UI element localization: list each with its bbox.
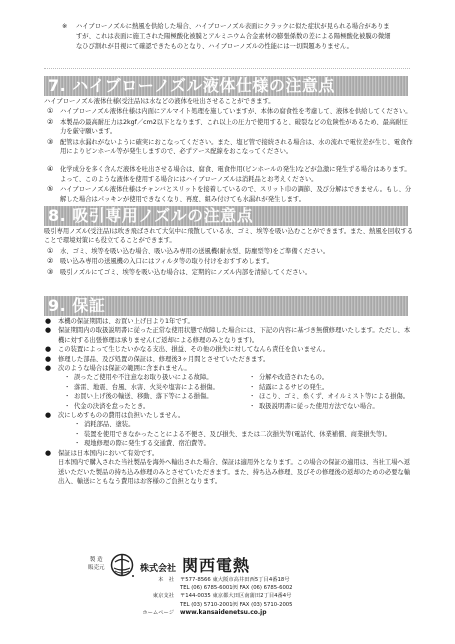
warranty-item: ●次のような場合は保証の範囲に含まれません。 <box>44 364 414 373</box>
list-item: ③吸引ノズルにてゴミ、埃等を吸い込む場合は、定期的にノズル内部を清掃してください… <box>44 268 414 277</box>
warranty-item: ●次にしめすものの費用は負担いたしません。 <box>44 411 414 420</box>
warranty-item: ●修理した部品、及び処置の保証は、修理後3ヶ月間とさせていただきます。 <box>44 355 414 364</box>
maker-label: 製 造 販売元 <box>88 556 105 572</box>
cost-item: ・装置を使用できなかったことによる不便さ、及び損失、または二次損失等(電話代、休… <box>44 430 414 439</box>
list-item: ⑤ハイブローノズル液体仕様はチャンバとスリットを接着しているので、スリット巾の調… <box>44 185 414 204</box>
section-8-intro: 吸引専用ノズル(受注品)は吹き飛ばされて大気中に飛散している水、ゴミ、埃等を吸い… <box>44 227 414 246</box>
divider <box>44 68 410 69</box>
note-mark: ※ <box>62 22 67 32</box>
cost-item: ・現地修理の際に発生する交通費、宿泊費等。 <box>44 439 414 448</box>
section-8-body: 吸引専用ノズル(受注品)は吹き飛ばされて大気中に飛散している水、ゴミ、埃等を吸い… <box>44 227 414 277</box>
warranty-item: ●保証は日本国内において有効です。 <box>44 449 414 458</box>
company-logo-icon <box>110 553 134 579</box>
section-8-heading: 8. 吸引専用ノズルの注意点 <box>44 206 408 226</box>
list-item: ④化学成分を多く含んだ液体を吐出させる場合は、腐食、電食作用(ピンホールの発生)… <box>44 165 414 184</box>
note-text: ハイブローノズルに熱風を供給した場合、ハイブローノズル表面にクラックに似た症状が… <box>76 22 392 52</box>
company-addresses: 本 社〒577-8566 東大阪市高井田西5丁目4番18号 TEL (06) 6… <box>140 576 293 617</box>
cost-item: ・消耗部品、塗装。 <box>44 420 414 429</box>
warranty-item: ●保証期間内の取扱説明書に従った正常な使用状態で故障した場合には、下記の内容に基… <box>44 326 414 345</box>
section-7-body: ハイブローノズル液体仕様(受注品)は水などの液体を吐出させることができます。 ①… <box>44 97 414 204</box>
exclusion-list: ・誤ったご使用や不注意なお取り扱いによる故障。 ・分解や改造されたもの。 ・落雷… <box>44 373 414 411</box>
heat-crack-note: ※ ハイブローノズルに熱風を供給した場合、ハイブローノズル表面にクラックに似た症… <box>62 22 392 52</box>
list-item: ③配管は水漏れがないように確実におこなってください。また、塩ビ管で接続される場合… <box>44 138 414 157</box>
section-7-intro: ハイブローノズル液体仕様(受注品)は水などの液体を吐出させることができます。 <box>44 97 414 106</box>
company-name: 株式会社関西電熱 <box>140 553 250 576</box>
list-item: ①ハイブローノズル液体仕様は内面にアルマイト処理を施していますが、本体の腐食性を… <box>44 107 414 116</box>
website-link[interactable]: www.kansaidenetsu.co.jp <box>180 609 267 616</box>
manual-page: ※ ハイブローノズルに熱風を供給した場合、ハイブローノズル表面にクラックに似た症… <box>0 0 455 644</box>
list-item: ②本製品の最高耐圧力は2kgf／cm2以下となります、これ以上の圧力で使用すると… <box>44 118 414 137</box>
section-9-body: ●本機の保証期間は、お買い上げ日より1年です。 ●保証期間内の取扱説明書に従った… <box>44 317 414 486</box>
warranty-item: ●この装置によって生じたいかなる支出、損益、その他の損失に対してなんら責任を負い… <box>44 345 414 354</box>
section-7-heading: 7. ハイブローノズル液体仕様の注意点 <box>44 76 408 96</box>
list-item: ②吸い込み専用の送風機の入口にはフィルタ等の取り付けをおすすめします。 <box>44 257 414 266</box>
list-item: ①水、ゴミ、埃等を吸い込む場合、吸い込み専用の送風機(耐水型、防塵型等)をご準備… <box>44 247 414 256</box>
warranty-item: ●本機の保証期間は、お買い上げ日より1年です。 <box>44 317 414 326</box>
warranty-detail: 日本国内で購入された当社製品を海外へ輸出された場合、保証は適用外となります。この… <box>44 458 414 486</box>
section-9-heading: 9. 保証 <box>44 296 408 316</box>
